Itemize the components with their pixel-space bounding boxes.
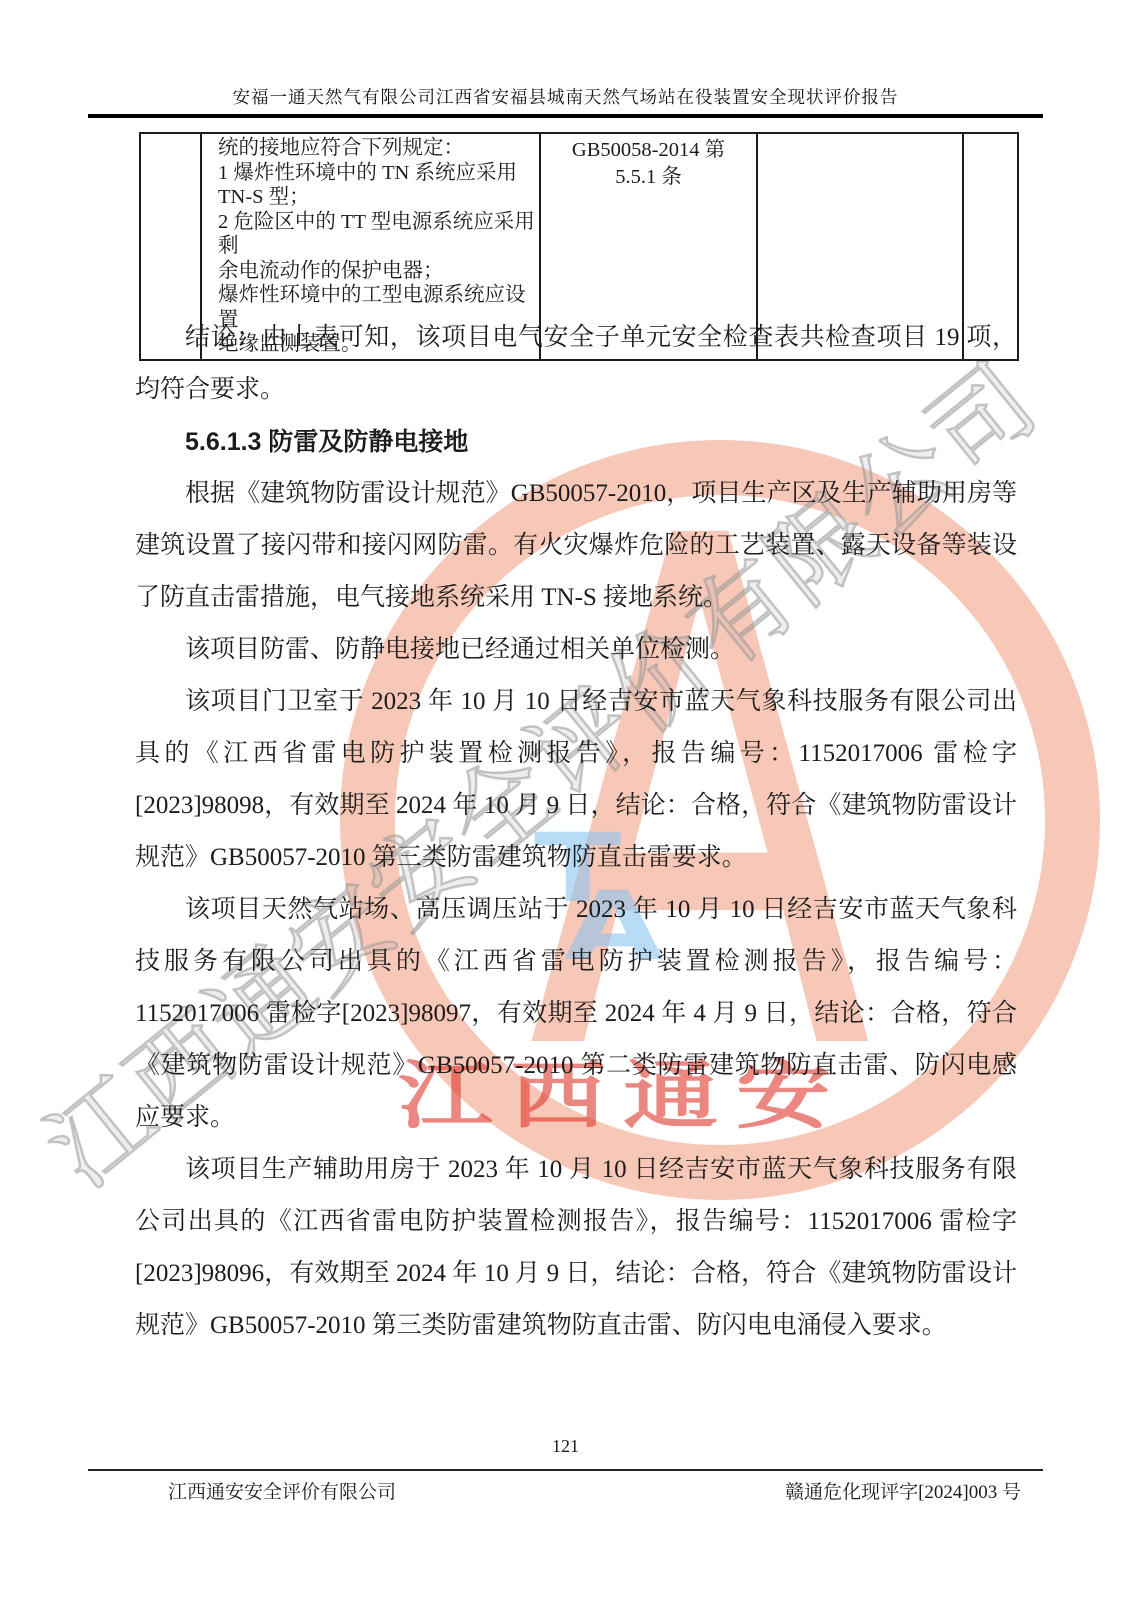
- footer-rule: [88, 1469, 1043, 1471]
- footer-company-name: 江西通安安全评价有限公司: [168, 1477, 396, 1504]
- report-page: A T A 江西通安 江西通安安全评价有限公司 安福一通天然气有限公司江西省安福…: [0, 0, 1131, 1600]
- body-paragraph: 该项目防雷、防静电接地已经通过相关单位检测。: [135, 624, 1017, 676]
- body-paragraph: 该项目生产辅助用房于 2023 年 10 月 10 日经吉安市蓝天气象科技服务有…: [135, 1144, 1017, 1352]
- body-text-block: 结论：由上表可知，该项目电气安全子单元安全检查表共检查项目 19 项，均符合要求…: [135, 312, 1017, 1352]
- conclusion-paragraph: 结论：由上表可知，该项目电气安全子单元安全检查表共检查项目 19 项，均符合要求…: [135, 312, 1017, 416]
- section-heading: 5.6.1.3 防雷及防静电接地: [135, 416, 1017, 468]
- body-paragraph: 该项目天然气站场、高压调压站于 2023 年 10 月 10 日经吉安市蓝天气象…: [135, 884, 1017, 1144]
- body-paragraph: 根据《建筑物防雷设计规范》GB50057-2010，项目生产区及生产辅助用房等建…: [135, 468, 1017, 624]
- footer-document-number: 赣通危化现评字[2024]003 号: [785, 1477, 1021, 1504]
- content-layer: 安福一通天然气有限公司江西省安福县城南天然气场站在役装置安全现状评价报告 统的接…: [0, 0, 1131, 1600]
- header-rule: [88, 114, 1043, 118]
- body-paragraph: 该项目门卫室于 2023 年 10 月 10 日经吉安市蓝天气象科技服务有限公司…: [135, 676, 1017, 884]
- page-number: 121: [0, 1436, 1131, 1457]
- document-header-title: 安福一通天然气有限公司江西省安福县城南天然气场站在役装置安全现状评价报告: [0, 84, 1131, 109]
